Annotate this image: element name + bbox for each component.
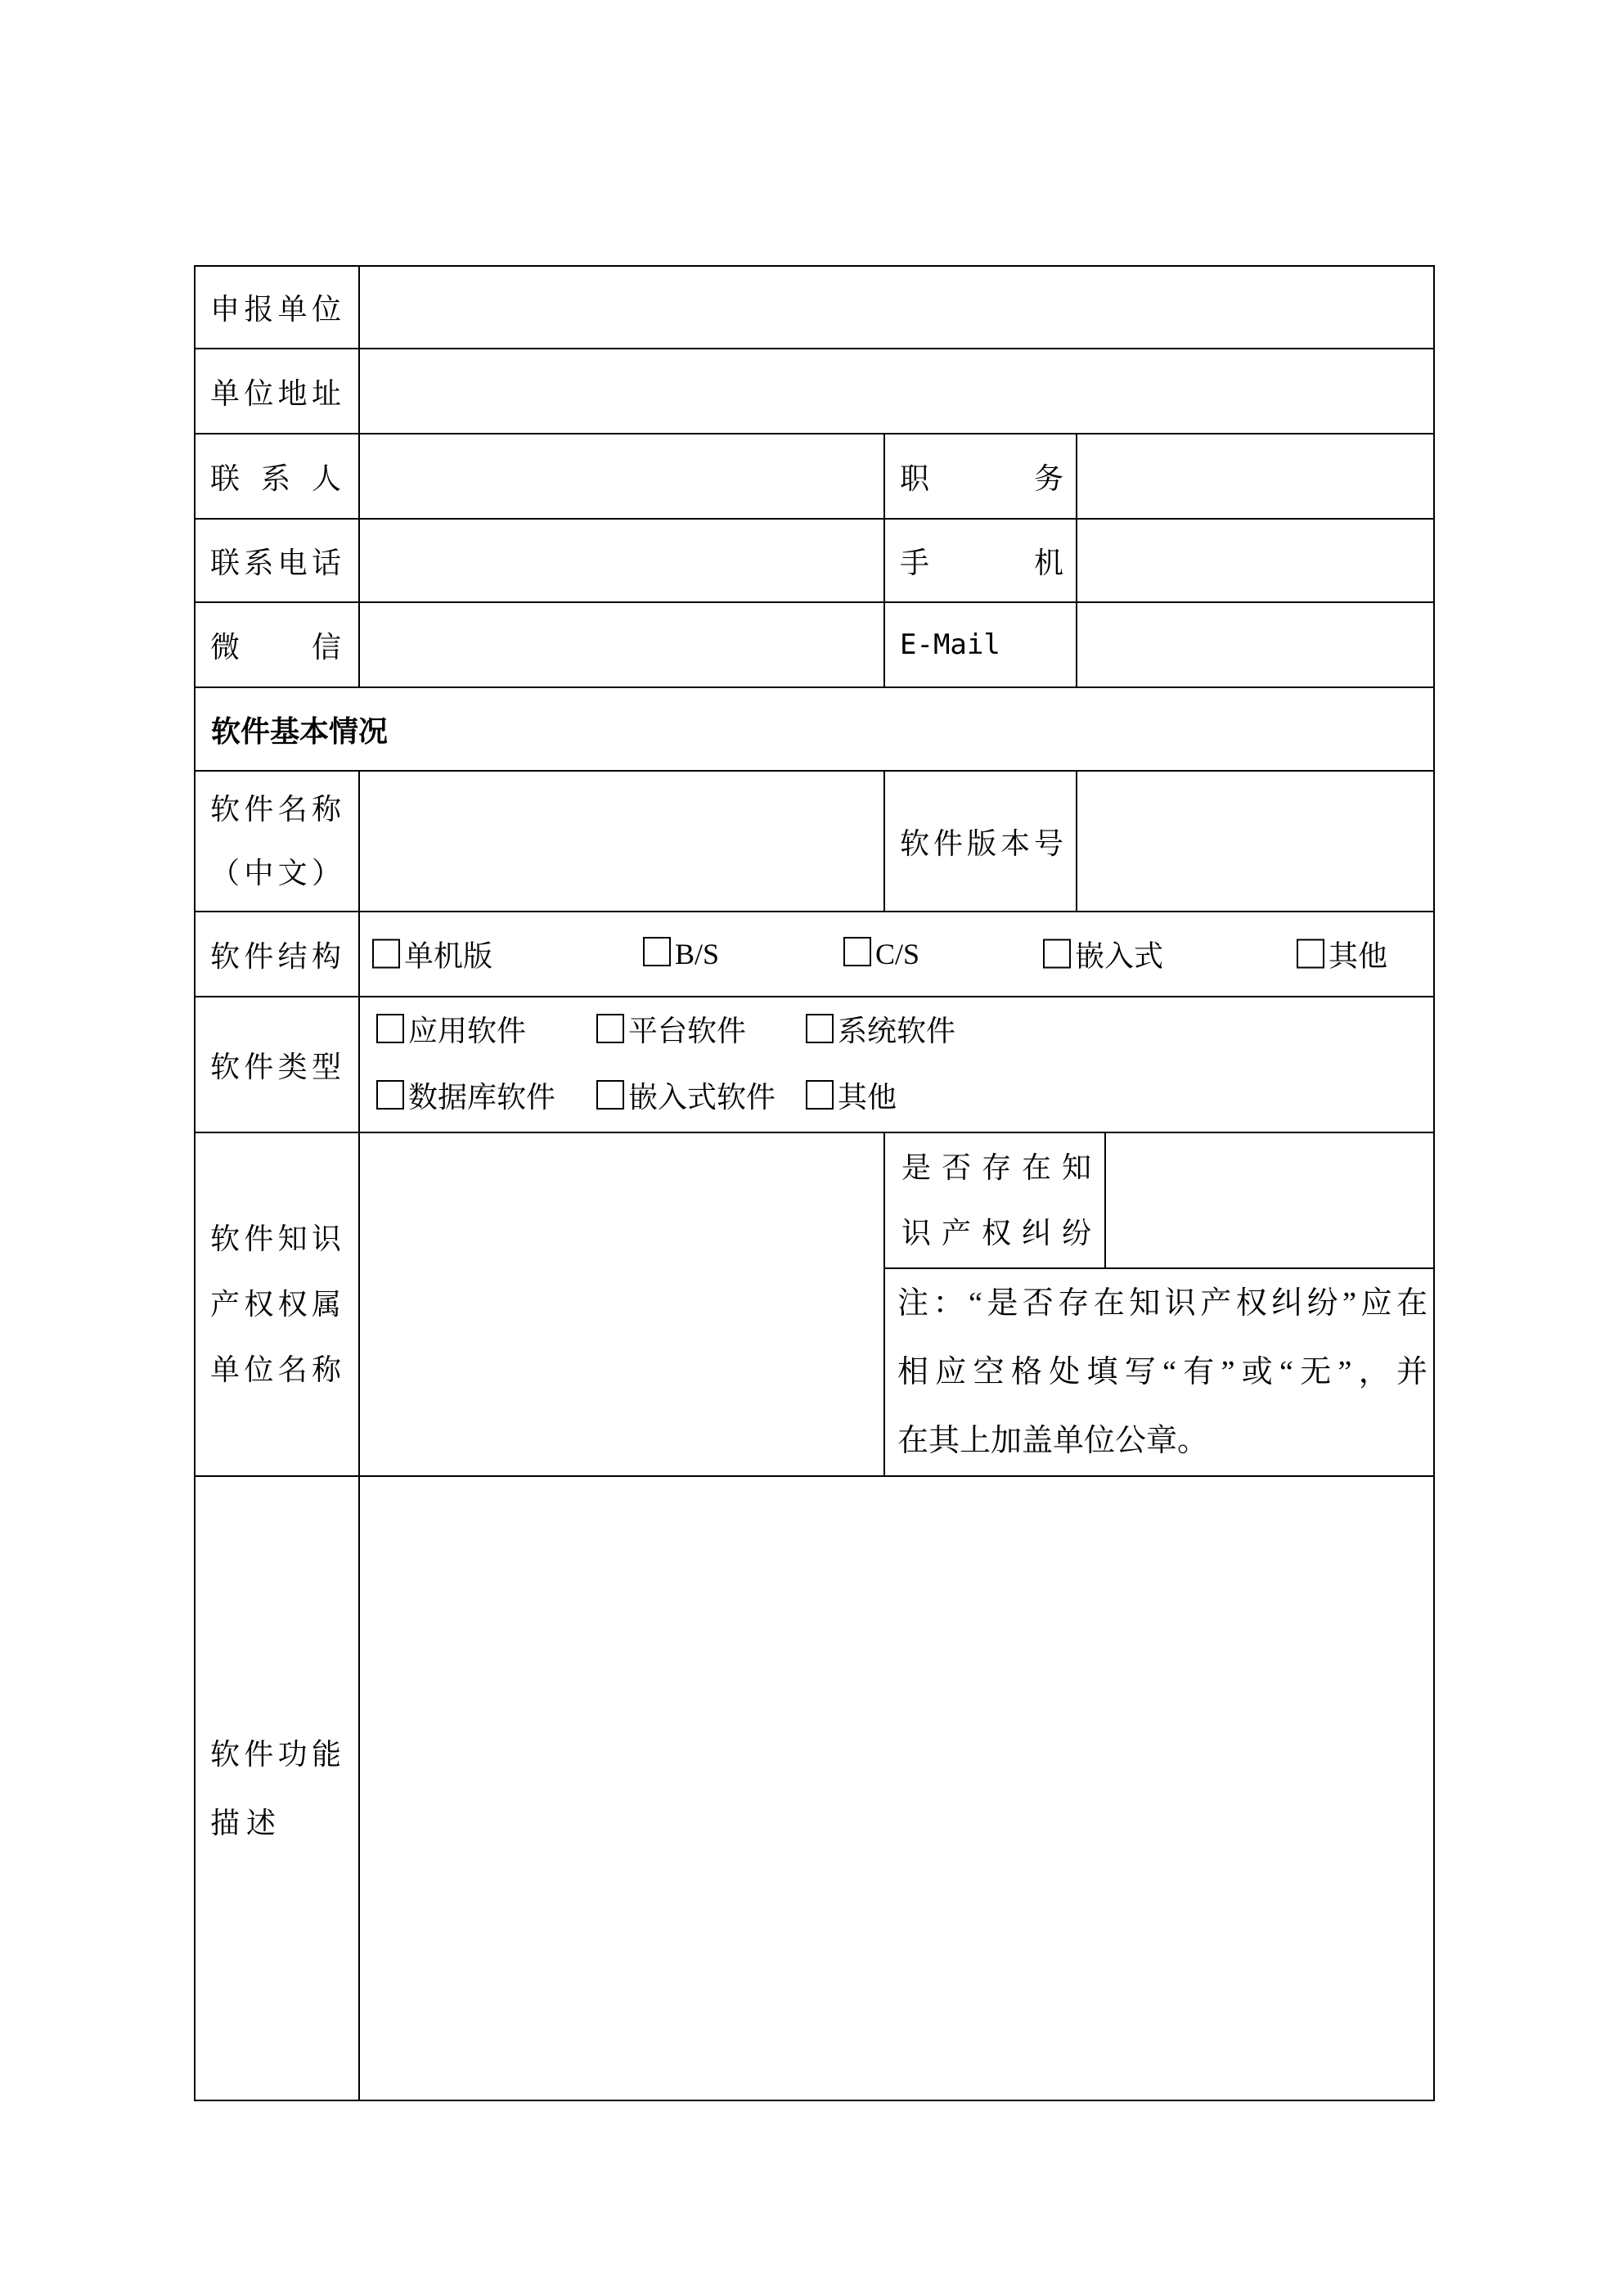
structure-option-cs[interactable]: C/S [843, 937, 919, 971]
ip-ownership-label-line3: 单位名称 [210, 1337, 341, 1402]
position-label: 职务 [900, 456, 1063, 497]
software-type-options-cell: 应用软件平台软件系统软件 数据库软件嵌入式软件其他 [359, 997, 1434, 1132]
software-version-value-cell[interactable] [1077, 771, 1434, 912]
software-version-label-cell: 软件版本号 [884, 771, 1077, 912]
type-option-platform[interactable]: 平台软件 [596, 998, 806, 1065]
type-option-other[interactable]: 其他 [806, 1065, 897, 1131]
ip-dispute-label-cell: 是否存在知 识产权纠纷 [884, 1132, 1105, 1268]
structure-option-other[interactable]: 其他 [1297, 934, 1387, 975]
ip-ownership-label-line1: 软件知识 [210, 1206, 341, 1272]
structure-option-embedded[interactable]: 嵌入式 [1043, 934, 1163, 975]
type-option-database[interactable]: 数据库软件 [376, 1065, 596, 1131]
software-name-label-line1: 软件名称 [210, 777, 341, 841]
wechat-label: 微信 [210, 624, 341, 666]
checkbox-icon[interactable] [806, 1014, 834, 1043]
mobile-label-cell: 手机 [884, 519, 1077, 602]
software-type-label-cell: 软件类型 [195, 997, 359, 1132]
software-name-label-line2: （中文） [210, 841, 341, 905]
ip-dispute-answer-cell[interactable] [1105, 1132, 1434, 1268]
ip-ownership-value-cell[interactable] [359, 1132, 884, 1476]
contact-phone-label: 联系电话 [210, 540, 341, 582]
ip-dispute-label-line1: 是否存在知 [901, 1135, 1091, 1200]
checkbox-icon[interactable] [1297, 939, 1324, 969]
position-label-cell: 职务 [884, 434, 1077, 519]
unit-address-label-cell: 单位地址 [195, 349, 359, 434]
ip-dispute-note-cell: 注：“是否存在知识产权纠纷”应在 相应空格处填写“有”或“无”，并 在其上加盖单… [884, 1268, 1434, 1476]
email-label-cell: E-Mail [884, 602, 1077, 687]
function-description-value-cell[interactable] [359, 1476, 1434, 2100]
position-value-cell[interactable] [1077, 434, 1434, 519]
software-type-options-line1: 应用软件平台软件系统软件 [376, 998, 1433, 1065]
checkbox-icon[interactable] [843, 937, 871, 966]
checkbox-icon[interactable] [596, 1080, 624, 1110]
structure-option-bs[interactable]: B/S [643, 937, 719, 971]
checkbox-icon[interactable] [806, 1080, 834, 1110]
wechat-label-cell: 微信 [195, 602, 359, 687]
type-option-embedded-software[interactable]: 嵌入式软件 [596, 1065, 806, 1131]
software-structure-label: 软件结构 [210, 934, 341, 975]
declaring-unit-label: 申报单位 [210, 286, 341, 328]
checkbox-icon[interactable] [372, 939, 400, 969]
software-declaration-form-table: 申报单位 单位地址 联系人 职务 联系电话 [194, 265, 1435, 2101]
note-line3: 在其上加盖单位公章。 [897, 1407, 1427, 1475]
type-option-system[interactable]: 系统软件 [806, 998, 955, 1065]
software-structure-label-cell: 软件结构 [195, 912, 359, 997]
mobile-label: 手机 [900, 540, 1063, 582]
software-name-value-cell[interactable] [359, 771, 884, 912]
contact-phone-value-cell[interactable] [359, 519, 884, 602]
checkbox-icon[interactable] [596, 1014, 624, 1043]
unit-address-label: 单位地址 [210, 371, 341, 412]
declaring-unit-label-cell: 申报单位 [195, 266, 359, 349]
function-description-label-line2: 描述 [210, 1789, 341, 1857]
ip-dispute-label-line2: 识产权纠纷 [901, 1200, 1091, 1266]
software-type-label: 软件类型 [210, 1044, 341, 1086]
function-description-label-line1: 软件功能 [210, 1720, 341, 1789]
email-label: E-Mail [900, 628, 1063, 661]
software-structure-options-cell: 单机版 B/S C/S 嵌入式 其他 [359, 912, 1434, 997]
contact-person-label: 联系人 [210, 456, 341, 497]
document-page: 申报单位 单位地址 联系人 职务 联系电话 [0, 0, 1623, 2296]
ip-dispute-label: 是否存在知 识产权纠纷 [901, 1135, 1091, 1266]
email-value-cell[interactable] [1077, 602, 1434, 687]
checkbox-icon[interactable] [376, 1080, 404, 1110]
ip-dispute-note: 注：“是否存在知识产权纠纷”应在 相应空格处填写“有”或“无”，并 在其上加盖单… [897, 1269, 1427, 1475]
ip-ownership-label-line2: 产权权属 [210, 1272, 341, 1337]
contact-person-label-cell: 联系人 [195, 434, 359, 519]
note-line1: 注：“是否存在知识产权纠纷”应在 [897, 1269, 1427, 1338]
section-header-software-basic-info: 软件基本情况 [195, 687, 1434, 771]
note-line2: 相应空格处填写“有”或“无”，并 [897, 1338, 1427, 1407]
contact-phone-label-cell: 联系电话 [195, 519, 359, 602]
structure-option-standalone[interactable]: 单机版 [372, 934, 492, 975]
contact-person-value-cell[interactable] [359, 434, 884, 519]
unit-address-value-cell[interactable] [359, 349, 1434, 434]
checkbox-icon[interactable] [1043, 939, 1071, 969]
type-option-application[interactable]: 应用软件 [376, 998, 596, 1065]
mobile-value-cell[interactable] [1077, 519, 1434, 602]
software-version-label: 软件版本号 [900, 821, 1063, 862]
software-name-label-cell: 软件名称 （中文） [195, 771, 359, 912]
wechat-value-cell[interactable] [359, 602, 884, 687]
checkbox-icon[interactable] [376, 1014, 404, 1043]
checkbox-icon[interactable] [643, 937, 671, 966]
ip-ownership-label-cell: 软件知识 产权权属 单位名称 [195, 1132, 359, 1476]
software-type-options-line2: 数据库软件嵌入式软件其他 [376, 1065, 1433, 1131]
declaring-unit-value-cell[interactable] [359, 266, 1434, 349]
function-description-label-cell: 软件功能 描述 [195, 1476, 359, 2100]
